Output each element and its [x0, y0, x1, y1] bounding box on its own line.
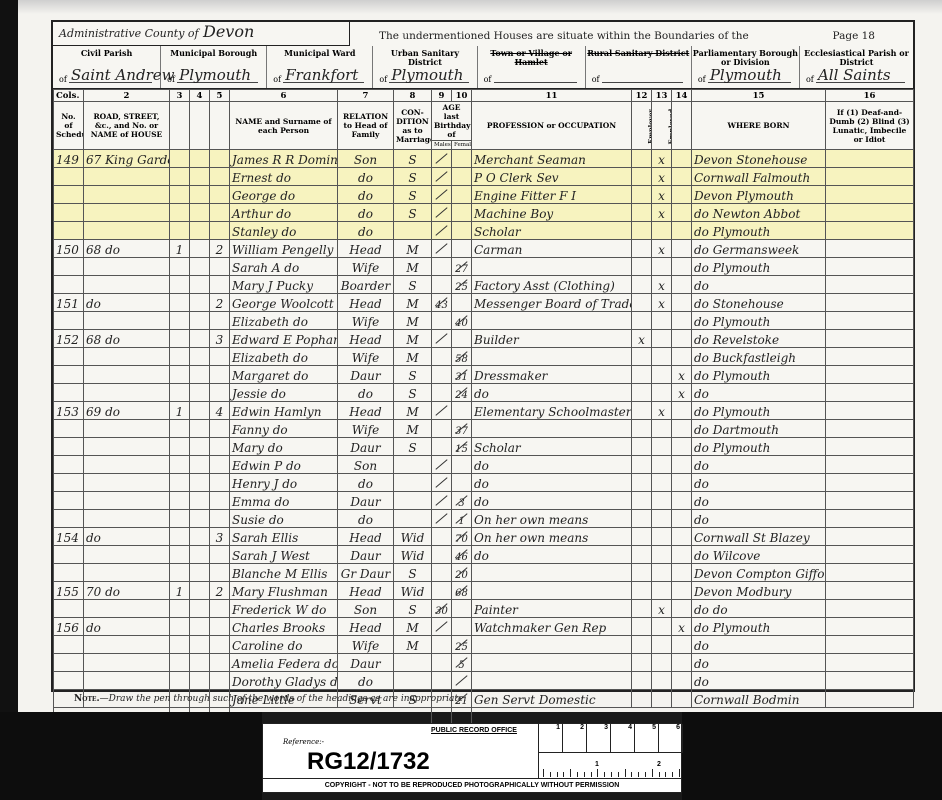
employed: [652, 582, 672, 600]
occupation: Factory Asst (Clothing): [472, 276, 632, 294]
person-name: Emma do: [230, 492, 338, 510]
age-male: [432, 240, 452, 258]
age-male: [432, 330, 452, 348]
table-row: Arthur dodoSMachine Boyxdo Newton Abbot: [54, 204, 914, 222]
inhabited: [170, 528, 190, 546]
schedule-number: [54, 672, 84, 690]
condition: M: [394, 294, 432, 312]
uninhabited: [190, 618, 210, 636]
where-born: do Plymouth: [692, 618, 826, 636]
neither: [672, 510, 692, 528]
schedule-number: [54, 492, 84, 510]
employer: [632, 240, 652, 258]
table-row: 151do2George WoolcottHeadM43Messenger Bo…: [54, 294, 914, 312]
schedule-number: [54, 420, 84, 438]
where-born: do Plymouth: [692, 438, 826, 456]
neither: [672, 294, 692, 312]
neither: [672, 654, 692, 672]
boundaries-intro: The undermentioned Houses are situate wi…: [379, 30, 749, 42]
occupation: Machine Boy: [472, 204, 632, 222]
employed: [652, 330, 672, 348]
employed: [652, 690, 672, 708]
uninhabited: [190, 672, 210, 690]
schedule-number: [54, 312, 84, 330]
relation: Wife: [338, 636, 394, 654]
age-male: [432, 420, 452, 438]
age-male: 30: [432, 600, 452, 618]
person-name: Mary Flushman: [230, 582, 338, 600]
record-office: PUBLIC RECORD OFFICE: [431, 727, 517, 734]
uninhabited: [190, 528, 210, 546]
age-female: [452, 186, 472, 204]
age-female: 37: [452, 420, 472, 438]
age-female: 24: [452, 384, 472, 402]
age-female: [452, 294, 472, 312]
ruler-cm-mark: 6: [659, 724, 683, 752]
table-row: 154do3Sarah EllisHeadWid70On her own mea…: [54, 528, 914, 546]
neither: [672, 600, 692, 618]
relation: Head: [338, 330, 394, 348]
uninhabited: [190, 222, 210, 240]
condition: S: [394, 366, 432, 384]
occupation: On her own means: [472, 528, 632, 546]
person-name: Stanley do: [230, 222, 338, 240]
relation: Head: [338, 582, 394, 600]
age-male: [432, 222, 452, 240]
rooms: 2: [210, 294, 230, 312]
infirmity: [826, 618, 914, 636]
employer: [632, 168, 652, 186]
schedule-number: [54, 204, 84, 222]
where-born: do Plymouth: [692, 312, 826, 330]
address: 68 do: [84, 240, 170, 258]
address: [84, 384, 170, 402]
relation: Daur: [338, 366, 394, 384]
uninhabited: [190, 240, 210, 258]
ruler-tick: [604, 772, 605, 777]
age-male: [432, 168, 452, 186]
address: do: [84, 528, 170, 546]
condition: M: [394, 420, 432, 438]
where-born: do: [692, 672, 826, 690]
relation: Daur: [338, 438, 394, 456]
age-male: [432, 528, 452, 546]
address: [84, 672, 170, 690]
reference-number: RG12/1732: [307, 748, 430, 776]
rooms: [210, 186, 230, 204]
employer: [632, 564, 652, 582]
age-male: [432, 636, 452, 654]
relation: Wife: [338, 258, 394, 276]
table-row: 14967 King GardensJames R R DomineySonSM…: [54, 150, 914, 168]
person-name: Charles Brooks: [230, 618, 338, 636]
scan-margin-right: [682, 712, 942, 800]
employer: [632, 474, 652, 492]
schedule-number: [54, 546, 84, 564]
header-name: NAME and Surname of each Person: [230, 102, 338, 150]
district-row: Civil Parish of Saint Andrew Municipal B…: [53, 46, 913, 89]
address: 67 King Gardens: [84, 150, 170, 168]
age-male: [432, 276, 452, 294]
ruler-cm-mark: 3: [587, 724, 611, 752]
infirmity: [826, 186, 914, 204]
relation: Head: [338, 294, 394, 312]
inhabited: [170, 366, 190, 384]
condition: M: [394, 618, 432, 636]
ruler-tick: [652, 769, 653, 777]
county-box: Administrative County of Devon: [53, 22, 350, 46]
occupation: Builder: [472, 330, 632, 348]
age-female: 1: [452, 510, 472, 528]
address: [84, 438, 170, 456]
header-occupation: PROFESSION or OCCUPATION: [472, 102, 632, 150]
district-ecclesiastical: Ecclesiastical Parish or District of All…: [800, 46, 913, 88]
condition: Wid: [394, 528, 432, 546]
uninhabited: [190, 492, 210, 510]
copyright-notice: COPYRIGHT - NOT TO BE REPRODUCED PHOTOGR…: [263, 778, 681, 792]
address: [84, 546, 170, 564]
uninhabited: [190, 510, 210, 528]
schedule-number: [54, 456, 84, 474]
employer: [632, 186, 652, 204]
infirmity: [826, 492, 914, 510]
where-born: do Wilcove: [692, 546, 826, 564]
schedule-number: 150: [54, 240, 84, 258]
condition: [394, 654, 432, 672]
address: [84, 636, 170, 654]
person-name: Blanche M Ellis: [230, 564, 338, 582]
infirmity: [826, 204, 914, 222]
relation: Wife: [338, 348, 394, 366]
header-uninhabited: Unin-habited (U.) or Building (B.): [190, 102, 210, 150]
occupation: Scholar: [472, 438, 632, 456]
employed: x: [652, 294, 672, 312]
uninhabited: [190, 348, 210, 366]
district-town-village: Town or Village or Hamlet of: [478, 46, 586, 88]
schedule-number: 151: [54, 294, 84, 312]
inhabited: [170, 312, 190, 330]
rooms: [210, 438, 230, 456]
rooms: [210, 168, 230, 186]
neither: [672, 582, 692, 600]
schedule-number: 156: [54, 618, 84, 636]
person-name: Susie do: [230, 510, 338, 528]
inhabited: [170, 546, 190, 564]
ruler-tick: [659, 772, 660, 777]
neither: [672, 402, 692, 420]
relation: do: [338, 672, 394, 690]
table-row: Henry J dodododo: [54, 474, 914, 492]
inhabited: [170, 654, 190, 672]
schedule-number: 155: [54, 582, 84, 600]
table-row: Fanny doWifeM37do Dartmouth: [54, 420, 914, 438]
ruler-cm-mark: 5: [635, 724, 659, 752]
person-name: George Woolcott: [230, 294, 338, 312]
infirmity: [826, 150, 914, 168]
neither: [672, 456, 692, 474]
where-born: do Revelstoke: [692, 330, 826, 348]
uninhabited: [190, 150, 210, 168]
age-female: [452, 330, 472, 348]
age-male: [432, 384, 452, 402]
infirmity: [826, 636, 914, 654]
infirmity: [826, 258, 914, 276]
table-row: Jessie dodoS24doxdo: [54, 384, 914, 402]
ruler-tick: [584, 772, 585, 777]
address: [84, 168, 170, 186]
rooms: 2: [210, 240, 230, 258]
infirmity: [826, 276, 914, 294]
employer: [632, 384, 652, 402]
inhabited: [170, 492, 190, 510]
age-male: [432, 204, 452, 222]
census-form: Administrative County of Devon The under…: [51, 20, 915, 692]
address: [84, 654, 170, 672]
where-born: do Dartmouth: [692, 420, 826, 438]
infirmity: [826, 402, 914, 420]
where-born: do: [692, 456, 826, 474]
address: [84, 366, 170, 384]
schedule-number: [54, 636, 84, 654]
rooms: 3: [210, 528, 230, 546]
occupation: Gen Servt Domestic: [472, 690, 632, 708]
person-name: Jessie do: [230, 384, 338, 402]
schedule-number: 154: [54, 528, 84, 546]
rooms: [210, 456, 230, 474]
uninhabited: [190, 366, 210, 384]
neither: x: [672, 618, 692, 636]
occupation: Scholar: [472, 222, 632, 240]
infirmity: [826, 168, 914, 186]
employed: [652, 654, 672, 672]
age-male: [432, 402, 452, 420]
schedule-number: [54, 564, 84, 582]
rooms: [210, 564, 230, 582]
rooms: 3: [210, 330, 230, 348]
where-born: do do: [692, 600, 826, 618]
employed: x: [652, 168, 672, 186]
condition: M: [394, 312, 432, 330]
ruler-tick: [672, 772, 673, 777]
employer: [632, 456, 652, 474]
age-female: 31: [452, 366, 472, 384]
age-male: [432, 582, 452, 600]
employer: [632, 258, 652, 276]
neither: [672, 330, 692, 348]
person-name: Sarah J West: [230, 546, 338, 564]
schedule-number: [54, 186, 84, 204]
age-female: [452, 150, 472, 168]
employer: [632, 636, 652, 654]
ruler-tick: [570, 769, 571, 777]
age-male: [432, 438, 452, 456]
where-born: Cornwall Falmouth: [692, 168, 826, 186]
age-male: [432, 474, 452, 492]
infirmity: [826, 582, 914, 600]
employed: [652, 384, 672, 402]
rooms: [210, 654, 230, 672]
header-schedule: No. of Schedule: [54, 102, 84, 150]
employer: [632, 150, 652, 168]
condition: [394, 456, 432, 474]
schedule-number: [54, 510, 84, 528]
employed: [652, 564, 672, 582]
table-row: Ernest dodoSP O Clerk SevxCornwall Falmo…: [54, 168, 914, 186]
condition: Wid: [394, 582, 432, 600]
rooms: [210, 510, 230, 528]
employed: x: [652, 186, 672, 204]
address: [84, 510, 170, 528]
schedule-number: [54, 654, 84, 672]
person-name: Amelia Federa do: [230, 654, 338, 672]
inhabited: [170, 618, 190, 636]
employed: [652, 312, 672, 330]
infirmity: [826, 528, 914, 546]
where-born: do: [692, 474, 826, 492]
employed: [652, 636, 672, 654]
table-row: Frederick W doSonS30Painterxdo do: [54, 600, 914, 618]
employed: [652, 618, 672, 636]
occupation: P O Clerk Sev: [472, 168, 632, 186]
table-row: Sarah A doWifeM27do Plymouth: [54, 258, 914, 276]
age-male: [432, 654, 452, 672]
inhabited: [170, 474, 190, 492]
employed: x: [652, 402, 672, 420]
employed: [652, 222, 672, 240]
where-born: Cornwall Bodmin: [692, 690, 826, 708]
age-male: [432, 546, 452, 564]
age-male: [432, 348, 452, 366]
age-female: [452, 222, 472, 240]
person-name: Arthur do: [230, 204, 338, 222]
table-row: Amelia Federa doDaur5do: [54, 654, 914, 672]
occupation: [472, 672, 632, 690]
ruler-cm-mark: 2: [563, 724, 587, 752]
employer: [632, 366, 652, 384]
condition: S: [394, 564, 432, 582]
schedule-number: [54, 258, 84, 276]
inhabited: [170, 420, 190, 438]
age-female: 46: [452, 546, 472, 564]
address: do: [84, 618, 170, 636]
uninhabited: [190, 636, 210, 654]
person-name: Mary J Pucky: [230, 276, 338, 294]
person-name: Edwin P do: [230, 456, 338, 474]
inhabited: [170, 564, 190, 582]
condition: M: [394, 348, 432, 366]
occupation: Watchmaker Gen Rep: [472, 618, 632, 636]
ruler-tick: [625, 769, 626, 777]
neither: [672, 474, 692, 492]
table-row: Dorothy Gladys dododo: [54, 672, 914, 690]
address: [84, 222, 170, 240]
employer: [632, 528, 652, 546]
employer: [632, 438, 652, 456]
inhabited: [170, 672, 190, 690]
neither: [672, 492, 692, 510]
neither: [672, 672, 692, 690]
where-born: do Plymouth: [692, 402, 826, 420]
district-civil-parish: Civil Parish of Saint Andrew: [53, 46, 161, 88]
age-female: [452, 672, 472, 690]
relation: do: [338, 510, 394, 528]
condition: S: [394, 204, 432, 222]
employed: x: [652, 240, 672, 258]
infirmity: [826, 474, 914, 492]
neither: [672, 546, 692, 564]
schedule-number: [54, 348, 84, 366]
inhabited: [170, 258, 190, 276]
employer: [632, 312, 652, 330]
age-female: [452, 204, 472, 222]
ruler-tick: [550, 772, 551, 777]
inhabited: [170, 456, 190, 474]
occupation: Carman: [472, 240, 632, 258]
neither: [672, 348, 692, 366]
schedule-number: [54, 600, 84, 618]
header-females: Females: [452, 141, 472, 150]
person-name: Margaret do: [230, 366, 338, 384]
person-name: Mary do: [230, 438, 338, 456]
table-row: Susie dodo1On her own meansdo: [54, 510, 914, 528]
table-row: 15268 do3Edward E PophamHeadMBuilderxdo …: [54, 330, 914, 348]
header-employed: Employed: [652, 102, 672, 150]
infirmity: [826, 240, 914, 258]
age-female: [452, 600, 472, 618]
address: [84, 312, 170, 330]
where-born: Cornwall St Blazey: [692, 528, 826, 546]
employer: [632, 222, 652, 240]
ruler-cm-mark: 1: [539, 724, 563, 752]
relation: Head: [338, 402, 394, 420]
age-male: [432, 186, 452, 204]
condition: M: [394, 258, 432, 276]
where-born: do: [692, 492, 826, 510]
ruler-tick: [618, 772, 619, 777]
address: [84, 258, 170, 276]
ruler-inch: 12: [539, 753, 683, 779]
address: do: [84, 294, 170, 312]
age-male: [432, 366, 452, 384]
ruler-tick: [645, 772, 646, 777]
infirmity: [826, 654, 914, 672]
occupation: do: [472, 456, 632, 474]
ruler-tick: [591, 772, 592, 777]
person-name: Dorothy Gladys do: [230, 672, 338, 690]
condition: [394, 510, 432, 528]
employed: x: [652, 204, 672, 222]
header-rooms: Number of rooms occupied if less than fi…: [210, 102, 230, 150]
occupation: [472, 582, 632, 600]
uninhabited: [190, 438, 210, 456]
person-name: William Pengelly: [230, 240, 338, 258]
county-value: Devon: [203, 22, 254, 41]
census-page: Administrative County of Devon The under…: [18, 0, 942, 712]
address: [84, 474, 170, 492]
rooms: [210, 420, 230, 438]
neither: [672, 186, 692, 204]
rooms: [210, 636, 230, 654]
relation: do: [338, 222, 394, 240]
age-male: [432, 618, 452, 636]
address: 70 do: [84, 582, 170, 600]
inhabited: 1: [170, 240, 190, 258]
table-row: 15369 do14Edwin HamlynHeadMElementary Sc…: [54, 402, 914, 420]
inhabited: [170, 636, 190, 654]
occupation: do: [472, 546, 632, 564]
employed: [652, 528, 672, 546]
scan-edge: [0, 0, 18, 712]
